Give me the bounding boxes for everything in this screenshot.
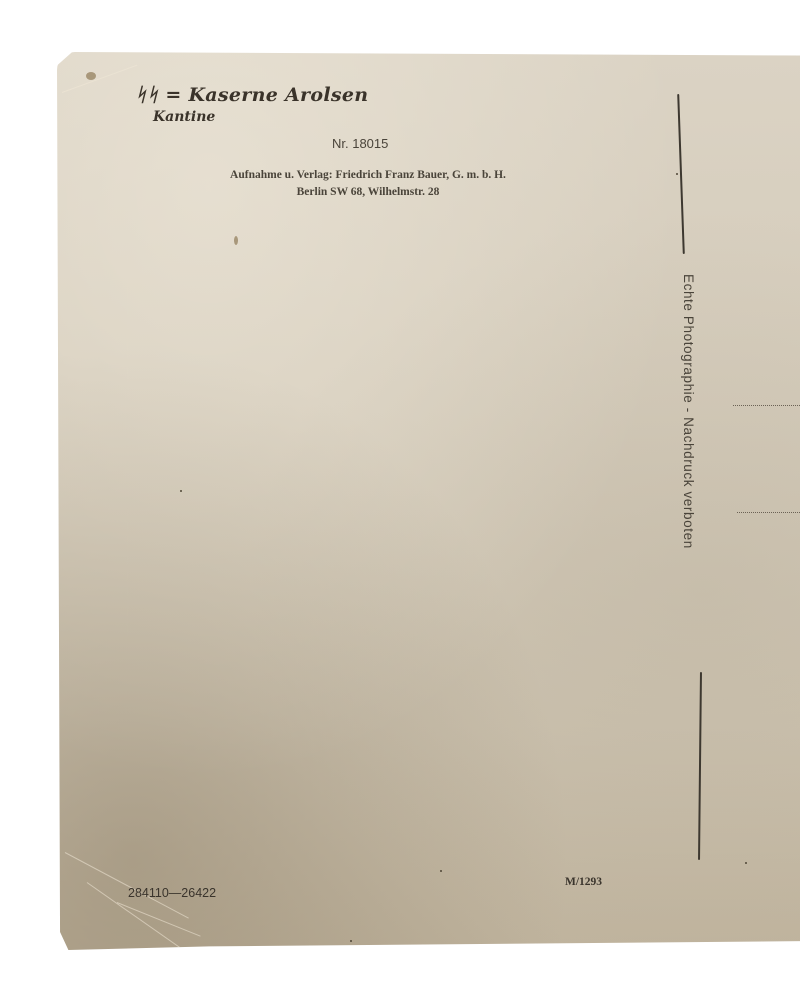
- speck: [350, 940, 352, 942]
- speck: [676, 173, 678, 175]
- publisher-line-1: Aufnahme u. Verlag: Friedrich Franz Baue…: [158, 167, 578, 184]
- vertical-notice: Echte Photographie - Nachdruck verboten: [681, 274, 696, 654]
- catalog-code-left: 284110—26422: [128, 886, 216, 900]
- ss-runes-glyph: ᛋᛋ: [135, 84, 158, 106]
- publisher-info: Aufnahme u. Verlag: Friedrich Franz Baue…: [158, 167, 578, 201]
- catalog-code-right: M/1293: [565, 876, 602, 888]
- crease: [62, 65, 138, 93]
- address-line: [733, 405, 800, 406]
- address-line: [737, 512, 800, 513]
- photo-stage: ᛋᛋ = Kaserne Arolsen Kantine Nr. 18015 A…: [0, 0, 800, 999]
- stain-mark: [86, 72, 96, 80]
- speck: [745, 862, 747, 864]
- postcard-subtitle: Kantine: [153, 109, 215, 125]
- stain-mark: [234, 236, 238, 245]
- speck: [180, 490, 182, 492]
- speck: [440, 870, 442, 872]
- card-number: Nr. 18015: [332, 136, 388, 151]
- publisher-line-2: Berlin SW 68, Wilhelmstr. 28: [158, 184, 578, 201]
- title-text: = Kaserne Arolsen: [165, 84, 368, 106]
- postcard-title: ᛋᛋ = Kaserne Arolsen: [135, 84, 368, 106]
